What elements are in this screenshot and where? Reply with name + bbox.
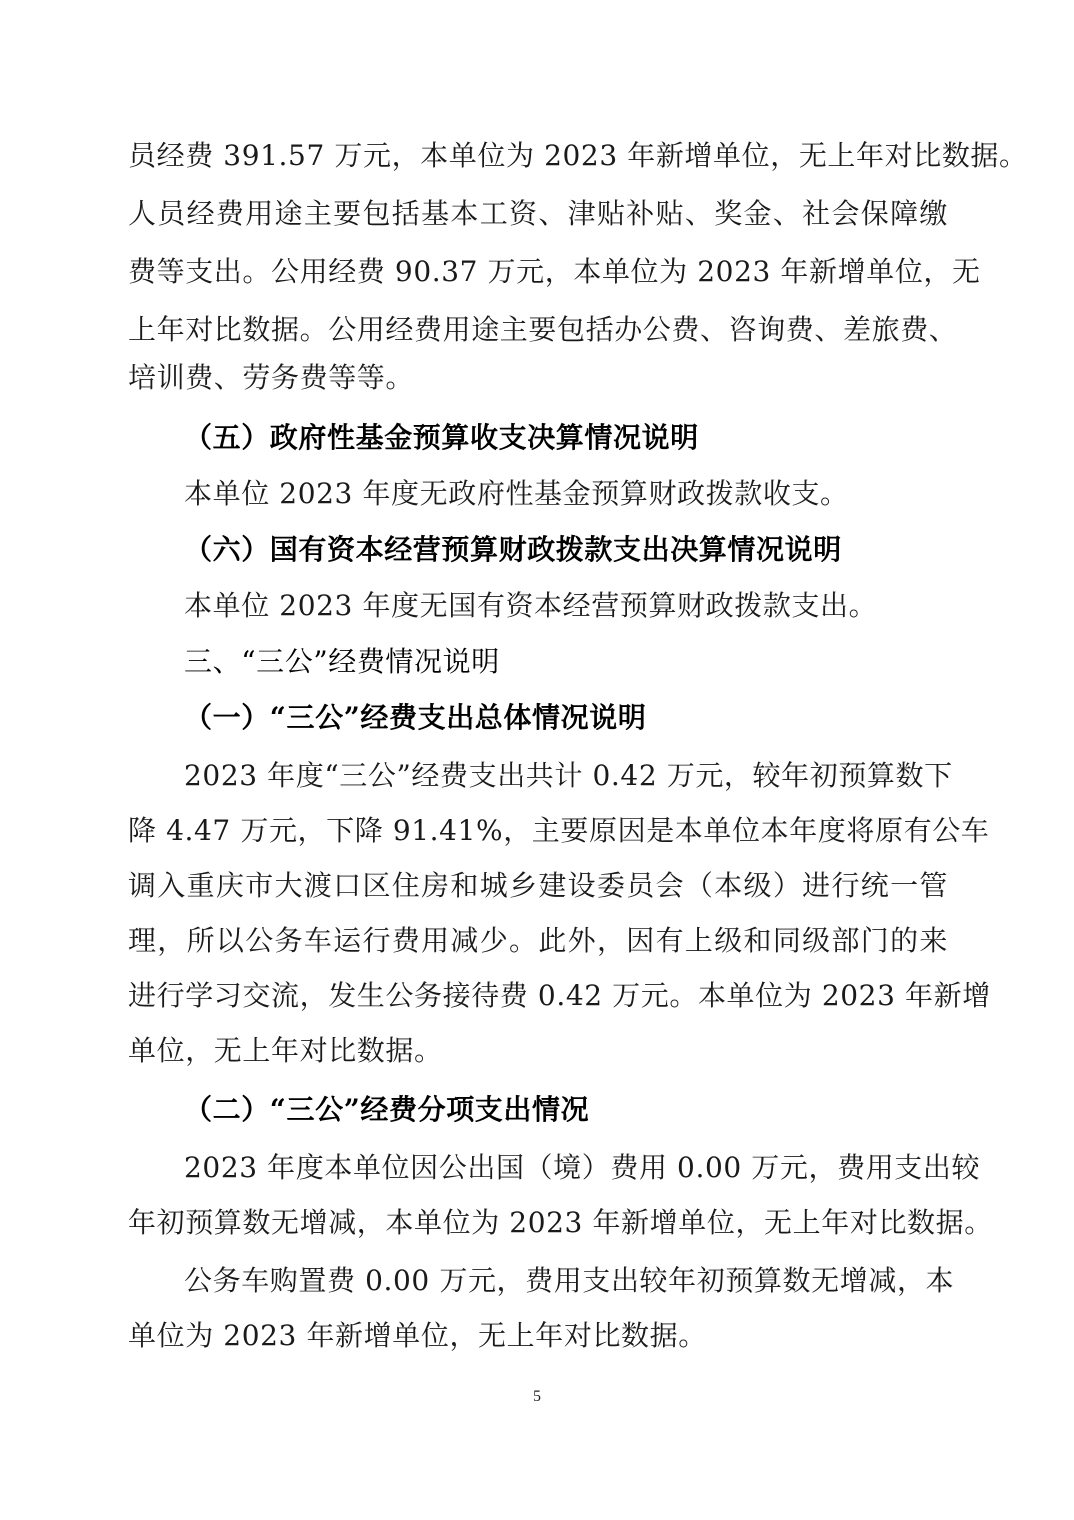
paragraph-line: 进行学习交流，发生公务接待费 0.42 万元。本单位为 2023 年新增 — [128, 976, 948, 1016]
paragraph-line: 年初预算数无增减，本单位为 2023 年新增单位，无上年对比数据。 — [128, 1203, 948, 1243]
section-heading-5: （五）政府性基金预算收支决算情况说明 — [184, 418, 948, 458]
section-body-6: 本单位 2023 年度无国有资本经营预算财政拨款支出。 — [184, 586, 948, 626]
paragraph-line: 2023 年度本单位因公出国（境）费用 0.00 万元，费用支出较 — [184, 1148, 948, 1188]
page-number: 5 — [0, 1388, 1074, 1406]
paragraph-line: 单位，无上年对比数据。 — [128, 1031, 948, 1071]
paragraph-line: 员经费 391.57 万元，本单位为 2023 年新增单位，无上年对比数据。 — [128, 136, 948, 176]
paragraph-line: 2023 年度“三公”经费支出共计 0.42 万元，较年初预算数下 — [184, 756, 948, 796]
paragraph-line: 人员经费用途主要包括基本工资、津贴补贴、奖金、社会保障缴 — [128, 194, 948, 234]
paragraph-line: 理，所以公务车运行费用减少。此外，因有上级和同级部门的来 — [128, 921, 948, 961]
paragraph-line: 培训费、劳务费等等。 — [128, 358, 948, 398]
paragraph-line: 单位为 2023 年新增单位，无上年对比数据。 — [128, 1316, 948, 1356]
paragraph-line: 调入重庆市大渡口区住房和城乡建设委员会（本级）进行统一管 — [128, 866, 948, 906]
subsection-heading-2: （二）“三公”经费分项支出情况 — [184, 1090, 948, 1130]
subsection-heading-1: （一）“三公”经费支出总体情况说明 — [184, 698, 948, 738]
part-heading-3: 三、“三公”经费情况说明 — [184, 642, 948, 682]
paragraph-line: 降 4.47 万元，下降 91.41%，主要原因是本单位本年度将原有公车 — [128, 811, 948, 851]
paragraph-line: 费等支出。公用经费 90.37 万元，本单位为 2023 年新增单位，无 — [128, 252, 948, 292]
section-body-5: 本单位 2023 年度无政府性基金预算财政拨款收支。 — [184, 474, 948, 514]
document-page: 员经费 391.57 万元，本单位为 2023 年新增单位，无上年对比数据。 人… — [0, 0, 1074, 1520]
paragraph-line: 公务车购置费 0.00 万元，费用支出较年初预算数无增减，本 — [184, 1261, 948, 1301]
paragraph-line: 上年对比数据。公用经费用途主要包括办公费、咨询费、差旅费、 — [128, 310, 948, 350]
section-heading-6: （六）国有资本经营预算财政拨款支出决算情况说明 — [184, 530, 948, 570]
